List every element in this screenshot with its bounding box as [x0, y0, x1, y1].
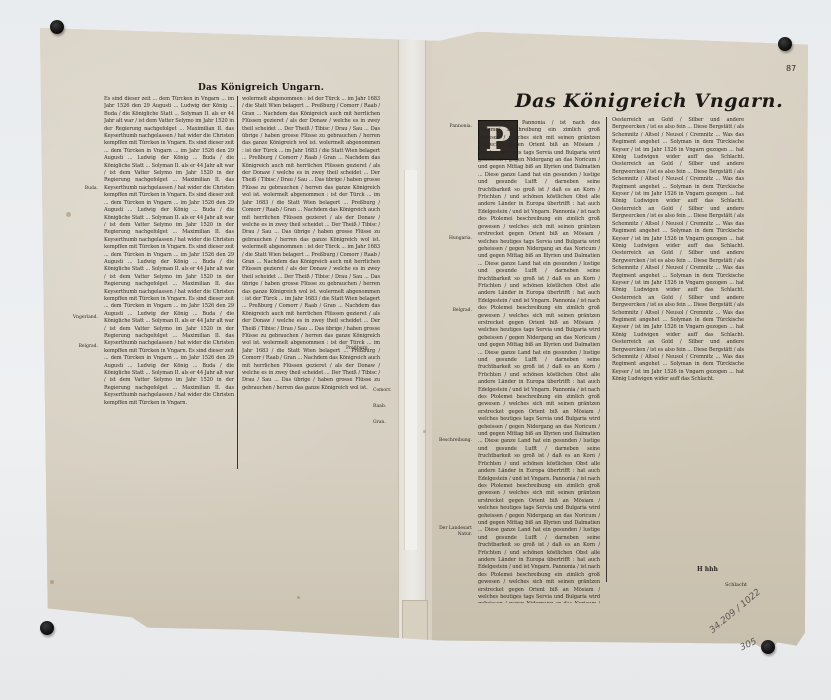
mounting-pin — [50, 20, 64, 34]
right-page-column-1: Pannonia / ist nach des Ptolemei beschre… — [478, 120, 600, 603]
foxing-spot — [50, 580, 54, 584]
marginal-note: Preßburg. — [346, 346, 382, 352]
right-page-column-2: Oesterreich an Gold / Silber und andere … — [612, 117, 744, 582]
marginal-note: Vngerland. — [62, 315, 98, 321]
signature-mark: H hhh — [697, 566, 718, 573]
right-page-title: Das Königreich Vngarn. — [515, 90, 783, 112]
foxing-spot — [423, 430, 426, 433]
mounting-pin — [778, 37, 792, 51]
marginal-note: Hungaria. — [436, 236, 472, 242]
marginal-note: Gran. — [373, 420, 409, 426]
left-page-title: Das Königreich Ungarn. — [198, 83, 324, 93]
marginal-note: Der Landesart Natur. — [436, 526, 472, 537]
marginal-note: Belgrad. — [62, 344, 98, 350]
marginal-note: Beschreibung. — [436, 438, 472, 444]
page-number: 87 — [786, 64, 796, 73]
left-page-column-1: Es sind dieser zeit ... dem Türcken in V… — [104, 96, 234, 469]
column-rule — [237, 96, 238, 469]
tape-patch — [402, 600, 428, 654]
marginal-note: Buda. — [62, 186, 98, 192]
catchword: Schlacht — [725, 582, 747, 588]
foxing-spot — [297, 596, 300, 599]
marginal-note: Raab. — [373, 404, 409, 410]
mounting-pin — [761, 640, 775, 654]
marginal-note: Belgrad. — [436, 308, 472, 314]
left-page-column-2: wolermelt abgenommen : ist der Türck ...… — [242, 96, 380, 443]
column-rule — [606, 117, 607, 582]
marginal-note: Pannonia. — [436, 124, 472, 130]
foxing-spot — [66, 212, 71, 217]
hinge-tape — [398, 10, 426, 652]
mounting-pin — [40, 621, 54, 635]
marginal-note: Comorr. — [373, 388, 409, 394]
